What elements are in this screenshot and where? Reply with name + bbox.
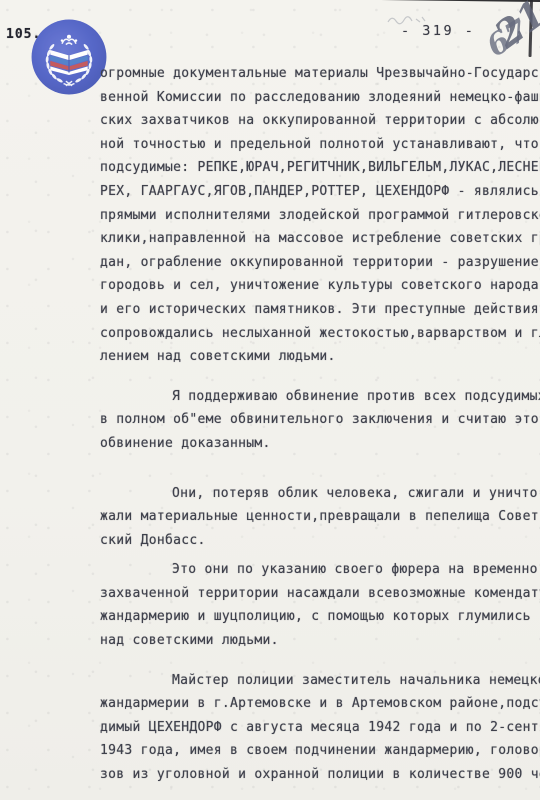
text-line: сопровождались неслыханной жестокостью,в… xyxy=(100,322,540,346)
text-line: обвинение доказанным. xyxy=(100,432,540,456)
archive-stamp xyxy=(30,17,108,97)
pencil-scribble xyxy=(386,13,428,27)
text-line: клики,направленной на массовое истреблен… xyxy=(100,227,540,251)
text-line: Они, потеряв облик человека, сжигали и у… xyxy=(100,482,540,506)
archive-emblem-icon xyxy=(30,17,108,97)
text-line: ский Донбасс. xyxy=(100,529,540,553)
paragraph: Майстер полиции заместитель начальника н… xyxy=(100,669,540,787)
text-line: захваченной территории насаждали всевозм… xyxy=(100,582,540,606)
text-line: прямыми исполнителями злодейской програм… xyxy=(100,204,540,228)
text-line: 1943 года, имея в своем подчинении жанда… xyxy=(100,739,540,763)
text-line: и его исторических памятников. Эти прест… xyxy=(100,298,540,322)
text-line: в полном об"еме обвинительного заключени… xyxy=(100,408,540,432)
text-line: огромные документальные материалы Чрезвы… xyxy=(100,62,540,86)
paragraph: Они, потеряв облик человека, сжигали и у… xyxy=(100,482,540,553)
text-line: РЕХ, ГААРГАУС,ЯГОВ,ПАНДЕР,РОТТЕР, ЦЕХЕНД… xyxy=(100,180,540,204)
text-line: над советскими людьми. xyxy=(100,629,540,653)
text-line: зов из уголовной и охранной полиции в ко… xyxy=(100,763,540,787)
text-line: венной Комиссии по расследованию злодеян… xyxy=(100,86,540,110)
text-line: Майстер полиции заместитель начальника н… xyxy=(100,669,540,693)
text-line: подсудимые: РЕПКЕ,ЮРАЧ,РЕГИТЧНИК,ВИЛЬГЕЛ… xyxy=(100,156,540,180)
text-line: городовь и сел, уничтожение культуры сов… xyxy=(100,274,540,298)
text-line: ной точностью и предельной полнотой уста… xyxy=(100,133,540,157)
text-line: жандармерию и шуцполицию, с помощью кото… xyxy=(100,605,540,629)
text-line: дан, ограбление оккупированной территори… xyxy=(100,251,540,275)
document-body: огромные документальные материалы Чрезвы… xyxy=(100,62,540,800)
paragraph: огромные документальные материалы Чрезвы… xyxy=(100,62,540,369)
text-line: Это они по указанию своего фюрера на вре… xyxy=(100,558,540,582)
paragraph: Это они по указанию своего фюрера на вре… xyxy=(100,558,540,652)
text-line: лением над советскими людьми. xyxy=(100,345,540,369)
paragraph: Я поддерживаю обвинение против всех подс… xyxy=(100,385,540,456)
text-line: Я поддерживаю обвинение против всех подс… xyxy=(100,385,540,409)
scanned-document-page: 105. xyxy=(0,0,540,800)
text-line: димый ЦЕХЕНДОРФ с августа месяца 1942 го… xyxy=(100,716,540,740)
text-line: жали материальные ценности,превращали в … xyxy=(100,505,540,529)
text-line: ских захватчиков на оккупированной терри… xyxy=(100,109,540,133)
text-line: жандармерии в г.Артемовске и в Артемовск… xyxy=(100,692,540,716)
